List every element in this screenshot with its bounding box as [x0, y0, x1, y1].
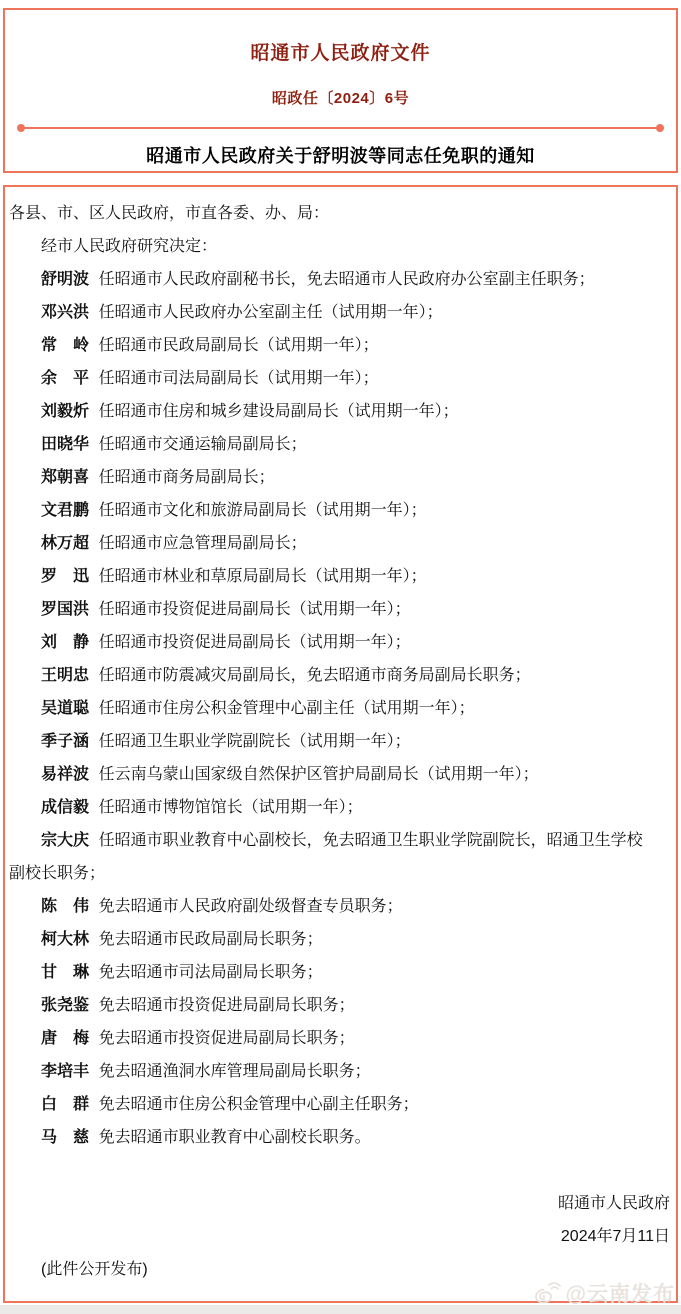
person-name: 王明忠: [41, 667, 89, 684]
appointment-item: 易祥波任云南乌蒙山国家级自然保护区管护局副局长（试用期一年）；: [9, 758, 676, 791]
person-name: 邓兴洪: [41, 304, 89, 321]
appointment-text: 任昭通市防震减灾局副局长，免去昭通市商务局副局长职务；: [99, 667, 531, 684]
signature-block: 昭通市人民政府 2024年7月11日 (此件公开发布): [9, 1187, 676, 1286]
header-box: 昭通市人民政府文件 昭政任〔2024〕6号 昭通市人民政府关于舒明波等同志任免职…: [3, 8, 678, 173]
appointment-text: 任昭通市住房公积金管理中心副主任（试用期一年）；: [99, 700, 475, 717]
person-name: 常 岭: [41, 337, 89, 354]
document-page: 昭通市人民政府文件 昭政任〔2024〕6号 昭通市人民政府关于舒明波等同志任免职…: [0, 0, 681, 1314]
person-name: 张尧鉴: [41, 997, 89, 1014]
appointment-text: 任昭通市林业和草原局副局长（试用期一年）；: [99, 568, 427, 585]
appointment-text: 免去昭通市人民政府副处级督查专员职务；: [99, 898, 403, 915]
appointment-list: 舒明波任昭通市人民政府副秘书长，免去昭通市人民政府办公室副主任职务；邓兴洪任昭通…: [9, 263, 676, 1154]
footer-date: 2024年7月11日: [9, 1220, 676, 1253]
appointment-text: 任昭通市住房和城乡建设局副局长（试用期一年）；: [99, 403, 459, 420]
appointment-item: 郑朝喜任昭通市商务局副局长；: [9, 461, 676, 494]
appointment-item: 罗国洪任昭通市投资促进局副局长（试用期一年）；: [9, 593, 676, 626]
appointment-item: 李培丰免去昭通渔洞水库管理局副局长职务；: [9, 1055, 676, 1088]
appointment-text: 免去昭通市住房公积金管理中心副主任职务；: [99, 1096, 419, 1113]
appointment-text: 免去昭通渔洞水库管理局副局长职务；: [99, 1063, 371, 1080]
appointment-text: 任昭通市职业教育中心副校长，免去昭通卫生职业学院副院长，昭通卫生学校副校长职务；: [9, 832, 643, 882]
appointment-text: 任昭通市文化和旅游局副局长（试用期一年）；: [99, 502, 427, 519]
appointment-text: 免去昭通市职业教育中心副校长职务。: [99, 1129, 371, 1146]
addressee-line: 各县、市、区人民政府，市直各委、办、局：: [9, 197, 676, 230]
person-name: 舒明波: [41, 271, 89, 288]
person-name: 易祥波: [41, 766, 89, 783]
doc-title: 昭通市人民政府关于舒明波等同志任免职的通知: [5, 142, 676, 168]
person-name: 李培丰: [41, 1063, 89, 1080]
appointment-item: 刘 静任昭通市投资促进局副局长（试用期一年）；: [9, 626, 676, 659]
appointment-text: 任昭通市人民政府副秘书长，免去昭通市人民政府办公室副主任职务；: [99, 271, 595, 288]
doc-number: 昭政任〔2024〕6号: [5, 87, 676, 108]
person-name: 林万超: [41, 535, 89, 552]
appointment-item: 林万超任昭通市应急管理局副局长；: [9, 527, 676, 560]
appointment-text: 任昭通市应急管理局副局长；: [99, 535, 307, 552]
appointment-item: 成信毅任昭通市博物馆馆长（试用期一年）；: [9, 791, 676, 824]
person-name: 罗国洪: [41, 601, 89, 618]
appointment-item: 罗 迅任昭通市林业和草原局副局长（试用期一年）；: [9, 560, 676, 593]
appointment-text: 任云南乌蒙山国家级自然保护区管护局副局长（试用期一年）；: [99, 766, 539, 783]
appointment-text: 任昭通市司法局副局长（试用期一年）；: [99, 370, 379, 387]
appointment-item: 甘 琳免去昭通市司法局副局长职务；: [9, 956, 676, 989]
appointment-item: 柯大林免去昭通市民政局副局长职务；: [9, 923, 676, 956]
person-name: 甘 琳: [41, 964, 89, 981]
appointment-item: 白 群免去昭通市住房公积金管理中心副主任职务；: [9, 1088, 676, 1121]
org-title: 昭通市人民政府文件: [5, 38, 676, 65]
person-name: 吴道聪: [41, 700, 89, 717]
appointment-item: 马 慈免去昭通市职业教育中心副校长职务。: [9, 1121, 676, 1154]
person-name: 季子涵: [41, 733, 89, 750]
appointment-text: 免去昭通市投资促进局副局长职务；: [99, 1030, 355, 1047]
appointment-item: 季子涵任昭通卫生职业学院副院长（试用期一年）；: [9, 725, 676, 758]
appointment-text: 任昭通市商务局副局长；: [99, 469, 275, 486]
separator-line: [19, 127, 662, 129]
person-name: 郑朝喜: [41, 469, 89, 486]
person-name: 成信毅: [41, 799, 89, 816]
body-box: 各县、市、区人民政府，市直各委、办、局： 经市人民政府研究决定： 舒明波任昭通市…: [3, 185, 678, 1303]
appointment-item: 陈 伟免去昭通市人民政府副处级督查专员职务；: [9, 890, 676, 923]
appointment-text: 任昭通市交通运输局副局长；: [99, 436, 307, 453]
appointment-item: 刘毅炘任昭通市住房和城乡建设局副局长（试用期一年）；: [9, 395, 676, 428]
appointment-item: 文君鹏任昭通市文化和旅游局副局长（试用期一年）；: [9, 494, 676, 527]
intro-line: 经市人民政府研究决定：: [9, 230, 676, 263]
person-name: 白 群: [41, 1096, 89, 1113]
person-name: 刘毅炘: [41, 403, 89, 420]
appointment-text: 免去昭通市投资促进局副局长职务；: [99, 997, 355, 1014]
person-name: 余 平: [41, 370, 89, 387]
person-name: 唐 梅: [41, 1030, 89, 1047]
person-name: 马 慈: [41, 1129, 89, 1146]
person-name: 刘 静: [41, 634, 89, 651]
appointment-text: 任昭通市投资促进局副局长（试用期一年）；: [99, 601, 411, 618]
appointment-text: 任昭通卫生职业学院副院长（试用期一年）；: [99, 733, 411, 750]
appointment-text: 免去昭通市民政局副局长职务；: [99, 931, 323, 948]
bottom-strip: [0, 1305, 681, 1314]
appointment-item: 邓兴洪任昭通市人民政府办公室副主任（试用期一年）；: [9, 296, 676, 329]
appointment-text: 任昭通市博物馆馆长（试用期一年）；: [99, 799, 363, 816]
person-name: 罗 迅: [41, 568, 89, 585]
person-name: 宗大庆: [41, 832, 89, 849]
appointment-text: 任昭通市人民政府办公室副主任（试用期一年）；: [99, 304, 443, 321]
appointment-item: 舒明波任昭通市人民政府副秘书长，免去昭通市人民政府办公室副主任职务；: [9, 263, 676, 296]
appointment-item: 吴道聪任昭通市住房公积金管理中心副主任（试用期一年）；: [9, 692, 676, 725]
appointment-item: 王明忠任昭通市防震减灾局副局长，免去昭通市商务局副局长职务；: [9, 659, 676, 692]
appointment-text: 免去昭通市司法局副局长职务；: [99, 964, 323, 981]
person-name: 柯大林: [41, 931, 89, 948]
appointment-item: 宗大庆任昭通市职业教育中心副校长，免去昭通卫生职业学院副院长，昭通卫生学校副校长…: [9, 824, 676, 890]
appointment-item: 唐 梅免去昭通市投资促进局副局长职务；: [9, 1022, 676, 1055]
appointment-text: 任昭通市民政局副局长（试用期一年）；: [99, 337, 379, 354]
person-name: 田晓华: [41, 436, 89, 453]
appointment-item: 田晓华任昭通市交通运输局副局长；: [9, 428, 676, 461]
person-name: 文君鹏: [41, 502, 89, 519]
appointment-item: 常 岭任昭通市民政局副局长（试用期一年）；: [9, 329, 676, 362]
person-name: 陈 伟: [41, 898, 89, 915]
footer-issuer: 昭通市人民政府: [9, 1187, 676, 1220]
footer-note: (此件公开发布): [9, 1253, 676, 1286]
appointment-item: 余 平任昭通市司法局副局长（试用期一年）；: [9, 362, 676, 395]
appointment-item: 张尧鉴免去昭通市投资促进局副局长职务；: [9, 989, 676, 1022]
appointment-text: 任昭通市投资促进局副局长（试用期一年）；: [99, 634, 411, 651]
